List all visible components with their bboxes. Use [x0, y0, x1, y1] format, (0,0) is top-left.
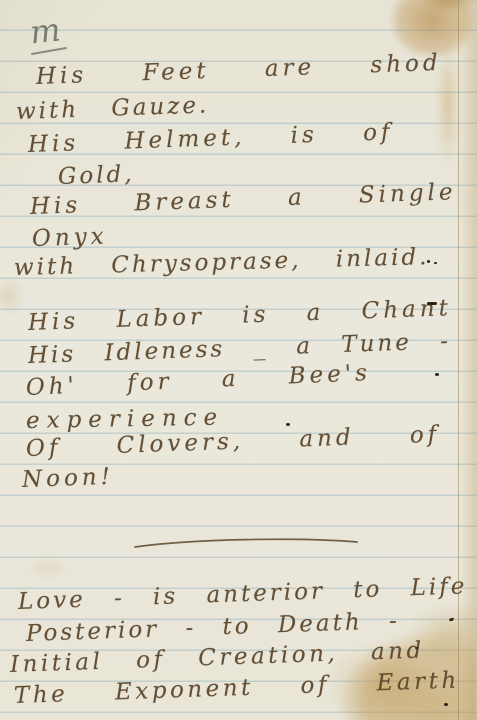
stain-left-lower — [18, 552, 78, 586]
poem-line: His Feet are shod — [36, 50, 442, 90]
ink-speck — [434, 262, 437, 264]
poem-line: Onyx — [32, 223, 109, 252]
page-fold-edge — [458, 0, 477, 720]
poem-line: Gold, — [58, 161, 135, 190]
ink-speck — [427, 260, 430, 263]
manuscript-page: m His Feet are shod with Gauze. His Helm… — [0, 0, 477, 720]
poem-line: with Gauze. — [16, 92, 210, 125]
poem-line: Noon! — [22, 464, 115, 493]
ink-speck — [449, 617, 455, 622]
pencil-monogram: m — [28, 11, 62, 52]
ink-speck — [435, 373, 439, 376]
ink-speck — [286, 423, 290, 426]
ink-speck — [444, 703, 448, 706]
poem-line: Love - is anterior to Life - — [18, 572, 477, 615]
poem-line: His Idleness _ a Tune - — [28, 328, 452, 369]
ink-speck — [415, 647, 418, 649]
poem-line: His Helmet, is of — [28, 119, 394, 158]
ink-speck — [427, 302, 437, 305]
